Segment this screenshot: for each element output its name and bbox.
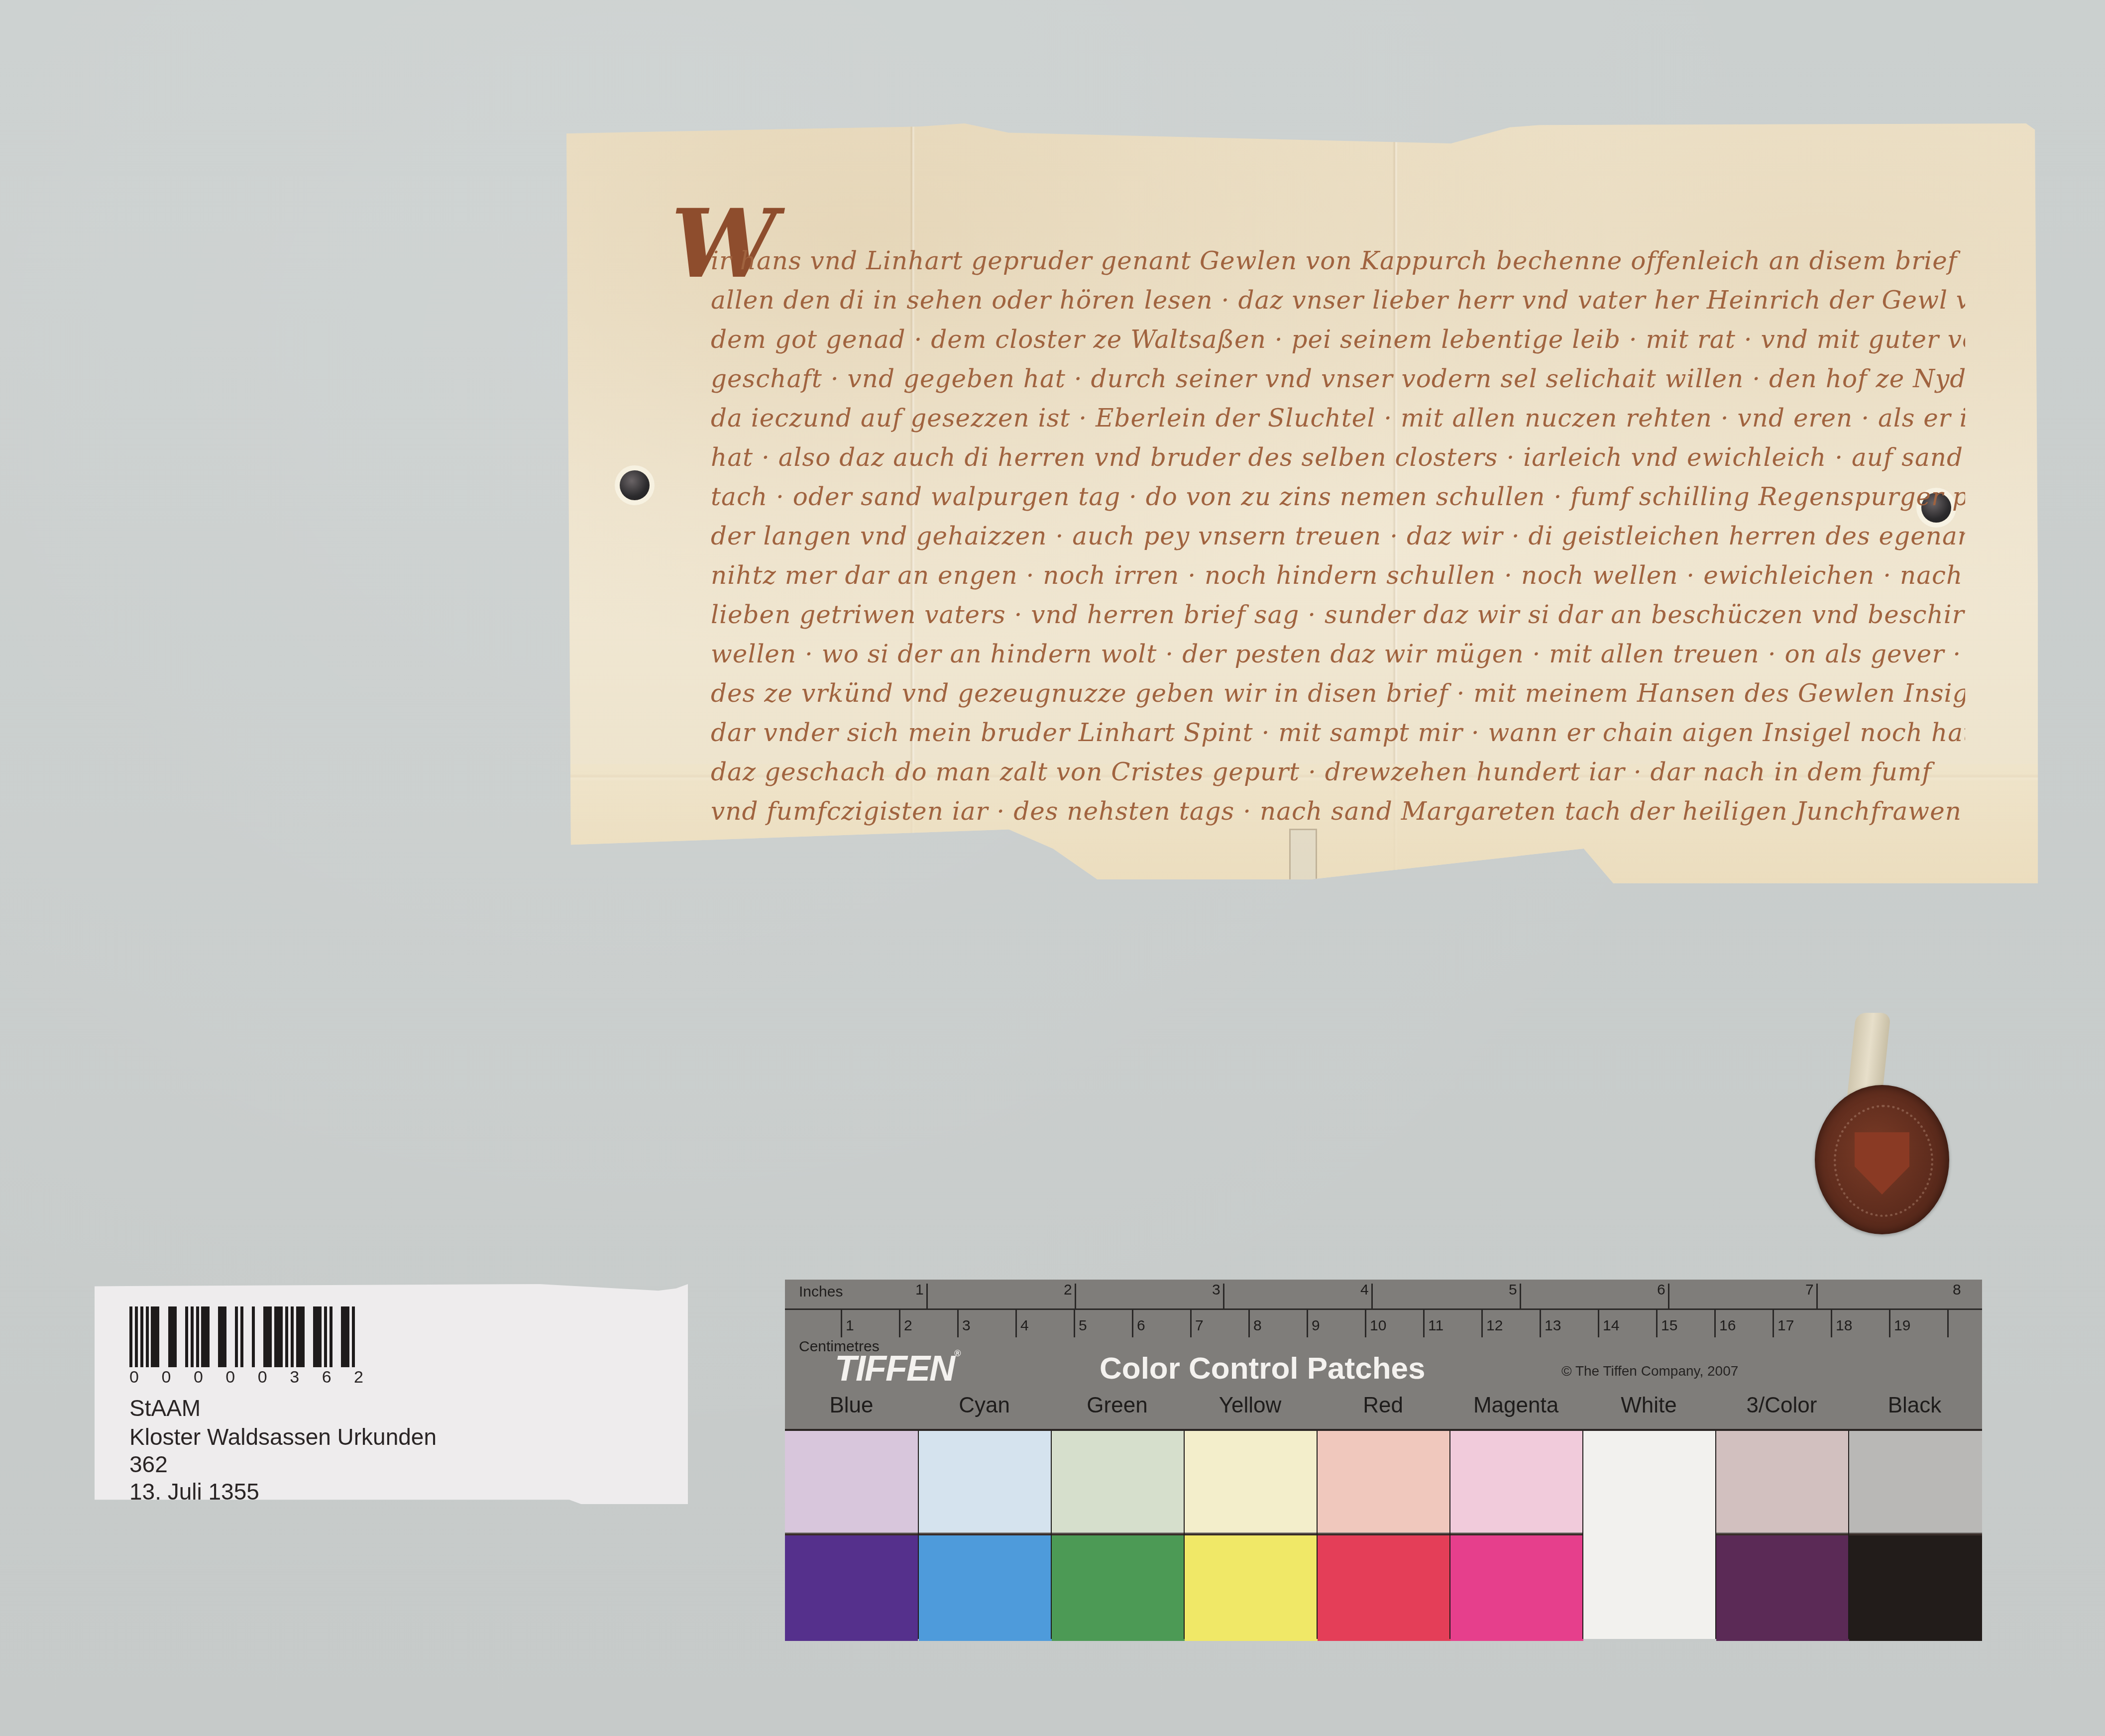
patch-label-magenta: Magenta <box>1449 1393 1582 1418</box>
patch-label-blue: Blue <box>785 1393 918 1418</box>
patch-label-black: Black <box>1848 1393 1981 1418</box>
tiffen-color-chart: Inches Centimetres 1 2 3 4 5 6 7 8 1 2 3… <box>785 1280 1982 1637</box>
document-number: 362 <box>129 1451 168 1478</box>
patch-yellow <box>1184 1431 1318 1639</box>
inch-tick <box>926 1284 928 1308</box>
patch-labels: Blue Cyan Green Yellow Red Magenta White… <box>785 1393 1982 1423</box>
barcode-digit: 0 <box>225 1368 235 1387</box>
color-patches <box>785 1429 1982 1639</box>
seal-slit <box>1289 829 1317 886</box>
patch-label-red: Red <box>1317 1393 1449 1418</box>
cm-label: 1 <box>846 1317 854 1334</box>
cm-label: 12 <box>1486 1317 1503 1334</box>
text-line: vnd fumfczigisten iar · des nehsten tags… <box>711 792 1965 831</box>
patch-3color <box>1715 1431 1849 1639</box>
cm-label: 6 <box>1137 1317 1145 1334</box>
barcode-digit: 0 <box>258 1368 267 1387</box>
cm-label: 17 <box>1777 1317 1794 1334</box>
inch-tick <box>1075 1284 1076 1308</box>
text-line: tach · oder sand walpurgen tag · do von … <box>711 477 1965 517</box>
inch-tick <box>1371 1284 1373 1308</box>
barcode-digits: 0 0 0 0 0 3 6 2 <box>129 1368 363 1387</box>
medieval-charter: W ir hans vnd Linhart gepruder genant Ge… <box>566 122 2041 891</box>
inch-label: 7 <box>1805 1282 1814 1299</box>
cm-label: 13 <box>1545 1317 1561 1334</box>
inch-tick <box>1520 1284 1521 1308</box>
text-line: allen den di in sehen oder hören lesen ·… <box>711 281 1965 320</box>
barcode-digit: 6 <box>322 1368 332 1387</box>
ruler-divider <box>785 1308 1982 1310</box>
text-line: hat · also daz auch di herren vnd bruder… <box>711 438 1965 477</box>
text-line: daz geschach do man zalt von Cristes gep… <box>711 753 1965 792</box>
cm-label: 9 <box>1312 1317 1320 1334</box>
text-line: geschaft · vnd gegeben hat · durch seine… <box>711 359 1965 399</box>
inch-label: 4 <box>1360 1282 1369 1299</box>
wax-seal <box>1815 1085 1949 1234</box>
cm-label: 15 <box>1661 1317 1677 1334</box>
cm-label: 14 <box>1603 1317 1619 1334</box>
patch-red <box>1317 1431 1450 1639</box>
text-line: dem got genad · dem closter ze Waltsaßen… <box>711 320 1965 359</box>
cm-label: 4 <box>1020 1317 1029 1334</box>
text-line: ir hans vnd Linhart gepruder genant Gewl… <box>711 241 1965 281</box>
text-line: wellen · wo si der an hindern wolt · der… <box>711 635 1965 674</box>
patch-green <box>1051 1431 1185 1639</box>
copyright: © The Tiffen Company, 2007 <box>1561 1363 1738 1379</box>
cm-label: 19 <box>1894 1317 1910 1334</box>
cm-label: 10 <box>1370 1317 1386 1334</box>
inch-label: 6 <box>1657 1282 1665 1299</box>
barcode-digit: 0 <box>161 1368 171 1387</box>
barcode-digit: 0 <box>194 1368 203 1387</box>
inch-label: 2 <box>1064 1282 1072 1299</box>
inch-label: 8 <box>1953 1282 1961 1299</box>
cm-label: 7 <box>1195 1317 1204 1334</box>
patch-label-yellow: Yellow <box>1184 1393 1317 1418</box>
inch-tick <box>1668 1284 1669 1308</box>
patch-magenta <box>1449 1431 1583 1639</box>
text-line: der langen vnd gehaizzen · auch pey vnse… <box>711 517 1965 556</box>
mount-pin-left-icon <box>620 470 650 500</box>
patch-white <box>1582 1431 1716 1639</box>
text-line: nihtz mer dar an engen · noch irren · no… <box>711 556 1965 595</box>
tiffen-logo: TIFFEN® <box>835 1348 960 1389</box>
inch-label: 5 <box>1509 1282 1517 1299</box>
barcode-digit: 3 <box>290 1368 299 1387</box>
text-line: dar vnder sich mein bruder Linhart Spint… <box>711 713 1965 753</box>
text-line: lieben getriwen vaters · vnd herren brie… <box>711 595 1965 635</box>
patch-label-green: Green <box>1051 1393 1184 1418</box>
patch-label-white: White <box>1582 1393 1715 1418</box>
cm-label: 16 <box>1719 1317 1736 1334</box>
cm-label: 8 <box>1253 1317 1262 1334</box>
cm-label: 2 <box>904 1317 912 1334</box>
patch-label-3color: 3/Color <box>1715 1393 1848 1418</box>
inch-tick <box>1816 1284 1818 1308</box>
barcode <box>129 1306 355 1367</box>
barcode-digit: 2 <box>354 1368 363 1387</box>
cm-label: 18 <box>1836 1317 1852 1334</box>
cm-label: 3 <box>962 1317 971 1334</box>
cm-label: 11 <box>1428 1317 1443 1334</box>
patch-cyan <box>918 1431 1052 1639</box>
collection-name: Kloster Waldsassen Urkunden <box>129 1423 437 1450</box>
patch-label-cyan: Cyan <box>918 1393 1051 1418</box>
inch-tick <box>1223 1284 1224 1308</box>
patch-black <box>1848 1431 1982 1639</box>
inches-label: Inches <box>799 1284 843 1301</box>
archive-label: 0 0 0 0 0 3 6 2 StAAM Kloster Waldsassen… <box>95 1284 688 1504</box>
chart-title: Color Control Patches <box>1100 1351 1426 1386</box>
inch-label: 1 <box>915 1282 924 1299</box>
archive-name: StAAM <box>129 1395 201 1421</box>
patch-blue <box>785 1431 918 1639</box>
charter-text: ir hans vnd Linhart gepruder genant Gewl… <box>711 241 1965 831</box>
inch-label: 3 <box>1212 1282 1220 1299</box>
cm-label: 5 <box>1079 1317 1087 1334</box>
text-line: des ze vrkünd vnd gezeugnuzze geben wir … <box>711 674 1965 713</box>
barcode-digit: 0 <box>129 1368 139 1387</box>
text-line: da ieczund auf gesezzen ist · Eberlein d… <box>711 399 1965 438</box>
